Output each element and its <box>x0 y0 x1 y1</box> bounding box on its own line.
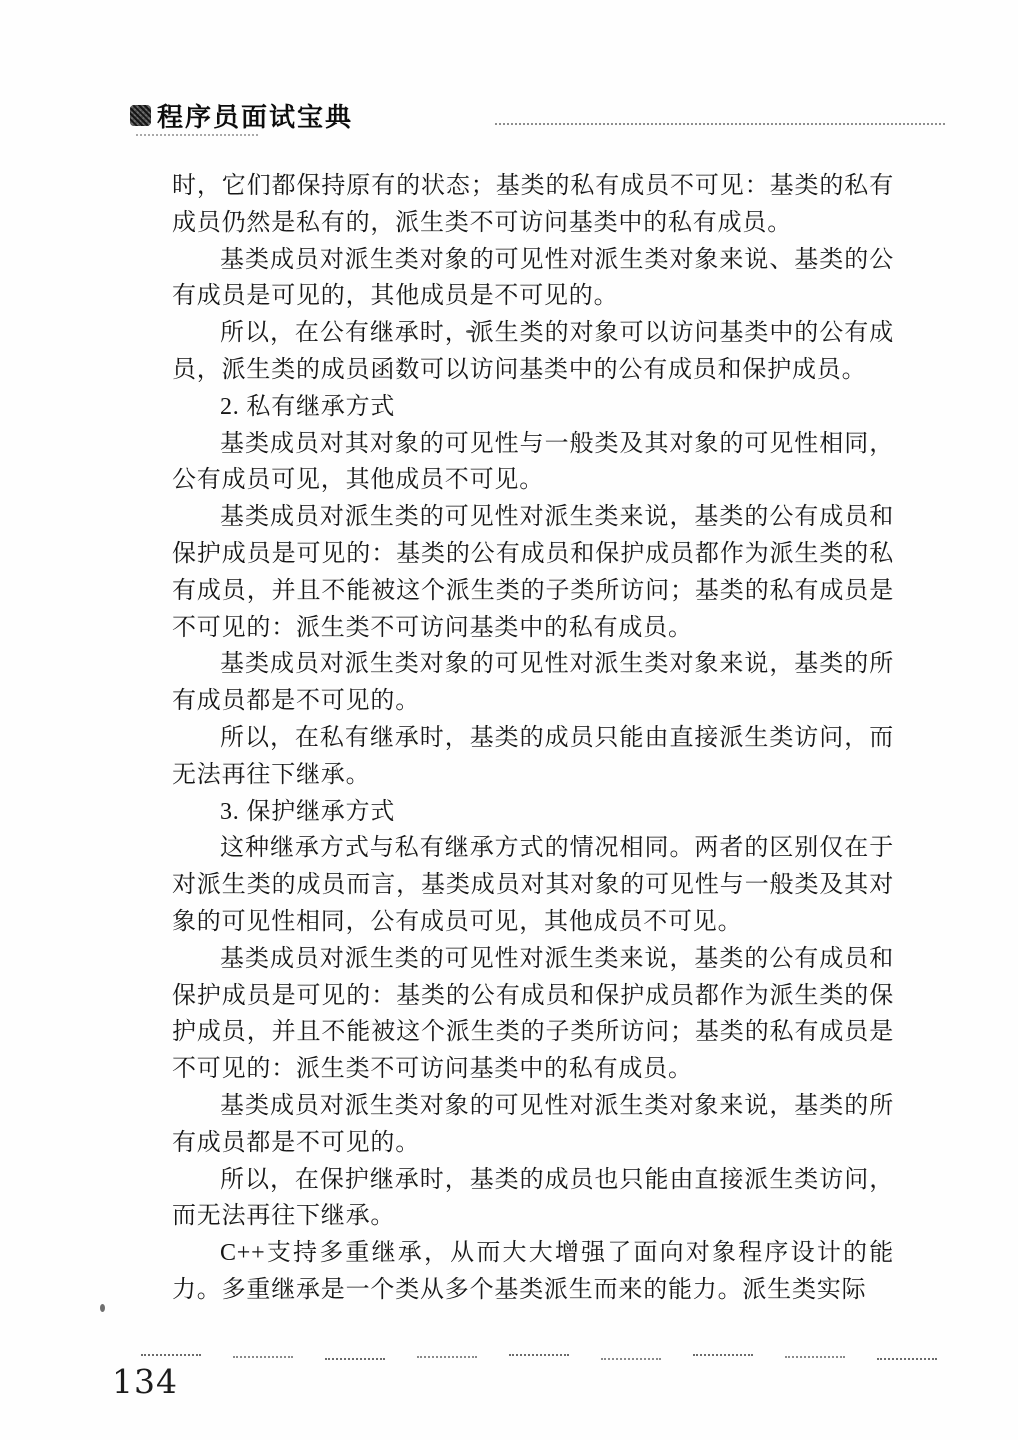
page-number: 134 <box>112 1362 178 1401</box>
body-paragraph: 这种继承方式与私有继承方式的情况相同。两者的区别仅在于对派生类的成员而言，基类成… <box>172 830 894 940</box>
body-text: 时，它们都保持原有的状态；基类的私有成员不可见：基类的私有成员仍然是私有的，派生… <box>172 168 894 1309</box>
body-paragraph: 基类成员对派生类对象的可见性对派生类对象来说，基类的所有成员都是不可见的。 <box>172 1088 894 1162</box>
header-dotted-rule <box>495 123 945 125</box>
body-paragraph: 基类成员对其对象的可见性与一般类及其对象的可见性相同，公有成员可见，其他成员不可… <box>172 426 894 500</box>
body-paragraph: 所以，在保护继承时，基类的成员也只能由直接派生类访问，而无法再往下继承。 <box>172 1162 894 1236</box>
section-heading-protected-inheritance: 3. 保护继承方式 <box>172 794 894 831</box>
header-title-underline <box>136 134 258 136</box>
body-paragraph: 基类成员对派生类对象的可见性对派生类对象来说、基类的公有成员是可见的，其他成员是… <box>172 242 894 316</box>
section-heading-private-inheritance: 2. 私有继承方式 <box>172 389 894 426</box>
body-paragraph: 基类成员对派生类的可见性对派生类来说，基类的公有成员和保护成员是可见的：基类的公… <box>172 499 894 646</box>
scan-artifact-dot <box>466 330 474 333</box>
book-title: 程序员面试宝典 <box>157 97 353 134</box>
body-paragraph: C++支持多重继承，从而大大增强了面向对象程序设计的能力。多重继承是一个类从多个… <box>172 1235 894 1309</box>
body-paragraph: 基类成员对派生类的可见性对派生类来说，基类的公有成员和保护成员是可见的：基类的公… <box>172 941 894 1088</box>
body-paragraph: 所以，在公有继承时，派生类的对象可以访问基类中的公有成员，派生类的成员函数可以访… <box>172 315 894 389</box>
scan-artifact-dot <box>100 1304 105 1312</box>
body-paragraph: 时，它们都保持原有的状态；基类的私有成员不可见：基类的私有成员仍然是私有的，派生… <box>172 168 894 242</box>
scanned-book-page: 程序员面试宝典 时，它们都保持原有的状态；基类的私有成员不可见：基类的私有成员仍… <box>0 0 1018 1440</box>
crosshatch-square-icon <box>130 105 151 126</box>
body-paragraph: 所以，在私有继承时，基类的成员只能由直接派生类访问，而无法再往下继承。 <box>172 720 894 794</box>
body-paragraph: 基类成员对派生类对象的可见性对派生类对象来说，基类的所有成员都是不可见的。 <box>172 646 894 720</box>
running-header: 程序员面试宝典 <box>130 100 353 130</box>
